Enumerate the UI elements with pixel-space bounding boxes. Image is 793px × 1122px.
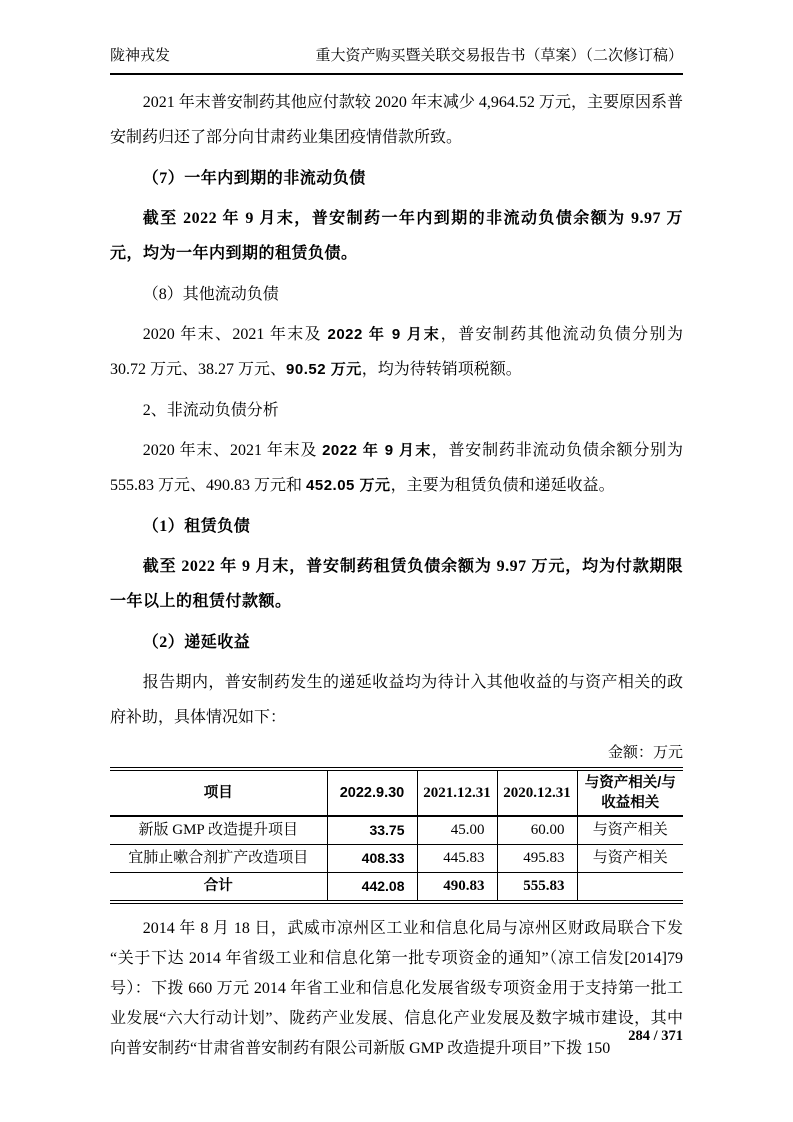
text-segment-bold: 2022 年 9 月末 (327, 326, 440, 343)
paragraph-lease-liabilities: 截至 2022 年 9 月末，普安制药租赁负债余额为 9.97 万元，均为付款期… (110, 549, 683, 619)
table-header-row: 项目 2022.9.30 2021.12.31 2020.12.31 与资产相关… (110, 769, 683, 816)
paragraph-grant-2014: 2014 年 8 月 18 日，武威市凉州区工业和信息化局与凉州区财政局联合下发… (110, 914, 683, 1064)
document-page: 陇神戎发 重大资产购买暨关联交易报告书（草案）（二次修订稿） 2021 年末普安… (0, 0, 793, 1122)
footer-page-number: 284 / 371 (628, 1028, 683, 1045)
table-unit-label: 金额：万元 (110, 741, 683, 765)
paragraph-noncurrent-liabilities: 2020 年末、2021 年末及 2022 年 9 月末，普安制药非流动负债余额… (110, 433, 683, 503)
text-segment-bold: 452.05 万元 (306, 477, 391, 494)
header-company-name: 陇神戎发 (110, 46, 170, 66)
cell-relation-type: 与资产相关 (577, 845, 683, 873)
cell-project-name: 新版 GMP 改造提升项目 (110, 816, 327, 845)
heading-deferred-income: （2）递延收益 (110, 625, 683, 660)
column-header-2021: 2021.12.31 (417, 769, 497, 816)
deferred-income-table: 项目 2022.9.30 2021.12.31 2020.12.31 与资产相关… (110, 767, 683, 904)
table-total-row: 合计 442.08 490.83 555.83 (110, 873, 683, 903)
heading-lease-liabilities: （1）租赁负债 (110, 509, 683, 544)
heading-noncurrent-analysis: 2、非流动负债分析 (110, 393, 683, 428)
heading-other-current-liabilities: （8）其他流动负债 (110, 277, 683, 312)
text-segment-bold: 2022 年 9 月末 (322, 442, 432, 459)
running-header: 陇神戎发 重大资产购买暨关联交易报告书（草案）（二次修订稿） (110, 46, 683, 75)
text-segment: ，主要为租赁负债和递延收益。 (391, 477, 615, 494)
cell-value-2022: 408.33 (327, 845, 417, 873)
heading-maturing-noncurrent-liabilities: （7）一年内到期的非流动负债 (110, 161, 683, 196)
cell-total-relation (577, 873, 683, 903)
table-row: 新版 GMP 改造提升项目 33.75 45.00 60.00 与资产相关 (110, 816, 683, 845)
header-report-title: 重大资产购买暨关联交易报告书（草案）（二次修订稿） (315, 46, 683, 66)
cell-total-2022: 442.08 (327, 873, 417, 903)
cell-total-2021: 490.83 (417, 873, 497, 903)
column-header-item: 项目 (110, 769, 327, 816)
cell-value-2021: 445.83 (417, 845, 497, 873)
paragraph-other-payables: 2021 年末普安制药其他应付款较 2020 年末减少 4,964.52 万元，… (110, 85, 683, 155)
cell-total-label: 合计 (110, 873, 327, 903)
column-header-relation: 与资产相关/与收益相关 (577, 769, 683, 816)
paragraph-other-current-liabilities: 2020 年末、2021 年末及 2022 年 9 月末，普安制药其他流动负债分… (110, 317, 683, 387)
cell-value-2021: 45.00 (417, 816, 497, 845)
cell-value-2022: 33.75 (327, 816, 417, 845)
cell-relation-type: 与资产相关 (577, 816, 683, 845)
cell-value-2020: 495.83 (497, 845, 577, 873)
text-segment-bold: 90.52 万元 (286, 361, 362, 378)
paragraph-maturing-noncurrent: 截至 2022 年 9 月末，普安制药一年内到期的非流动负债余额为 9.97 万… (110, 201, 683, 271)
column-header-2020: 2020.12.31 (497, 769, 577, 816)
table-row: 宜肺止嗽合剂扩产改造项目 408.33 445.83 495.83 与资产相关 (110, 845, 683, 873)
cell-value-2020: 60.00 (497, 816, 577, 845)
text-segment: ，均为待转销项税额。 (362, 361, 522, 378)
paragraph-deferred-income-intro: 报告期内，普安制药发生的递延收益均为待计入其他收益的与资产相关的政府补助，具体情… (110, 665, 683, 735)
cell-project-name: 宜肺止嗽合剂扩产改造项目 (110, 845, 327, 873)
text-segment: 2020 年末、2021 年末及 (143, 442, 322, 459)
cell-total-2020: 555.83 (497, 873, 577, 903)
text-segment: 2020 年末、2021 年末及 (143, 326, 328, 343)
column-header-2022: 2022.9.30 (327, 769, 417, 816)
